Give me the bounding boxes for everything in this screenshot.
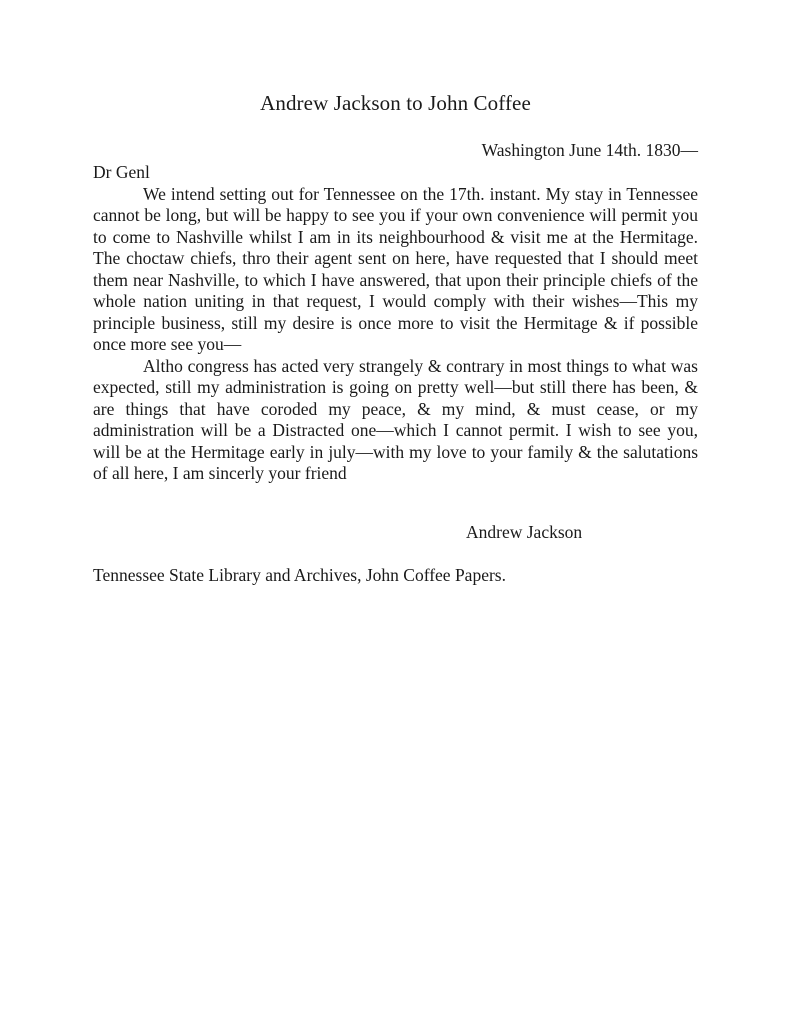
letter-paragraph-1: We intend setting out for Tennessee on t… bbox=[93, 184, 698, 356]
letter-title: Andrew Jackson to John Coffee bbox=[0, 90, 791, 116]
letter-paragraph-2: Altho congress has acted very strangely … bbox=[93, 356, 698, 485]
letter-dateline: Washington June 14th. 1830— bbox=[482, 140, 698, 162]
letter-signature: Andrew Jackson bbox=[466, 522, 582, 544]
source-citation: Tennessee State Library and Archives, Jo… bbox=[93, 565, 506, 587]
letter-salutation: Dr Genl bbox=[93, 162, 698, 184]
document-page: Andrew Jackson to John Coffee Washington… bbox=[0, 0, 791, 1024]
letter-body: Dr Genl We intend setting out for Tennes… bbox=[93, 162, 698, 485]
